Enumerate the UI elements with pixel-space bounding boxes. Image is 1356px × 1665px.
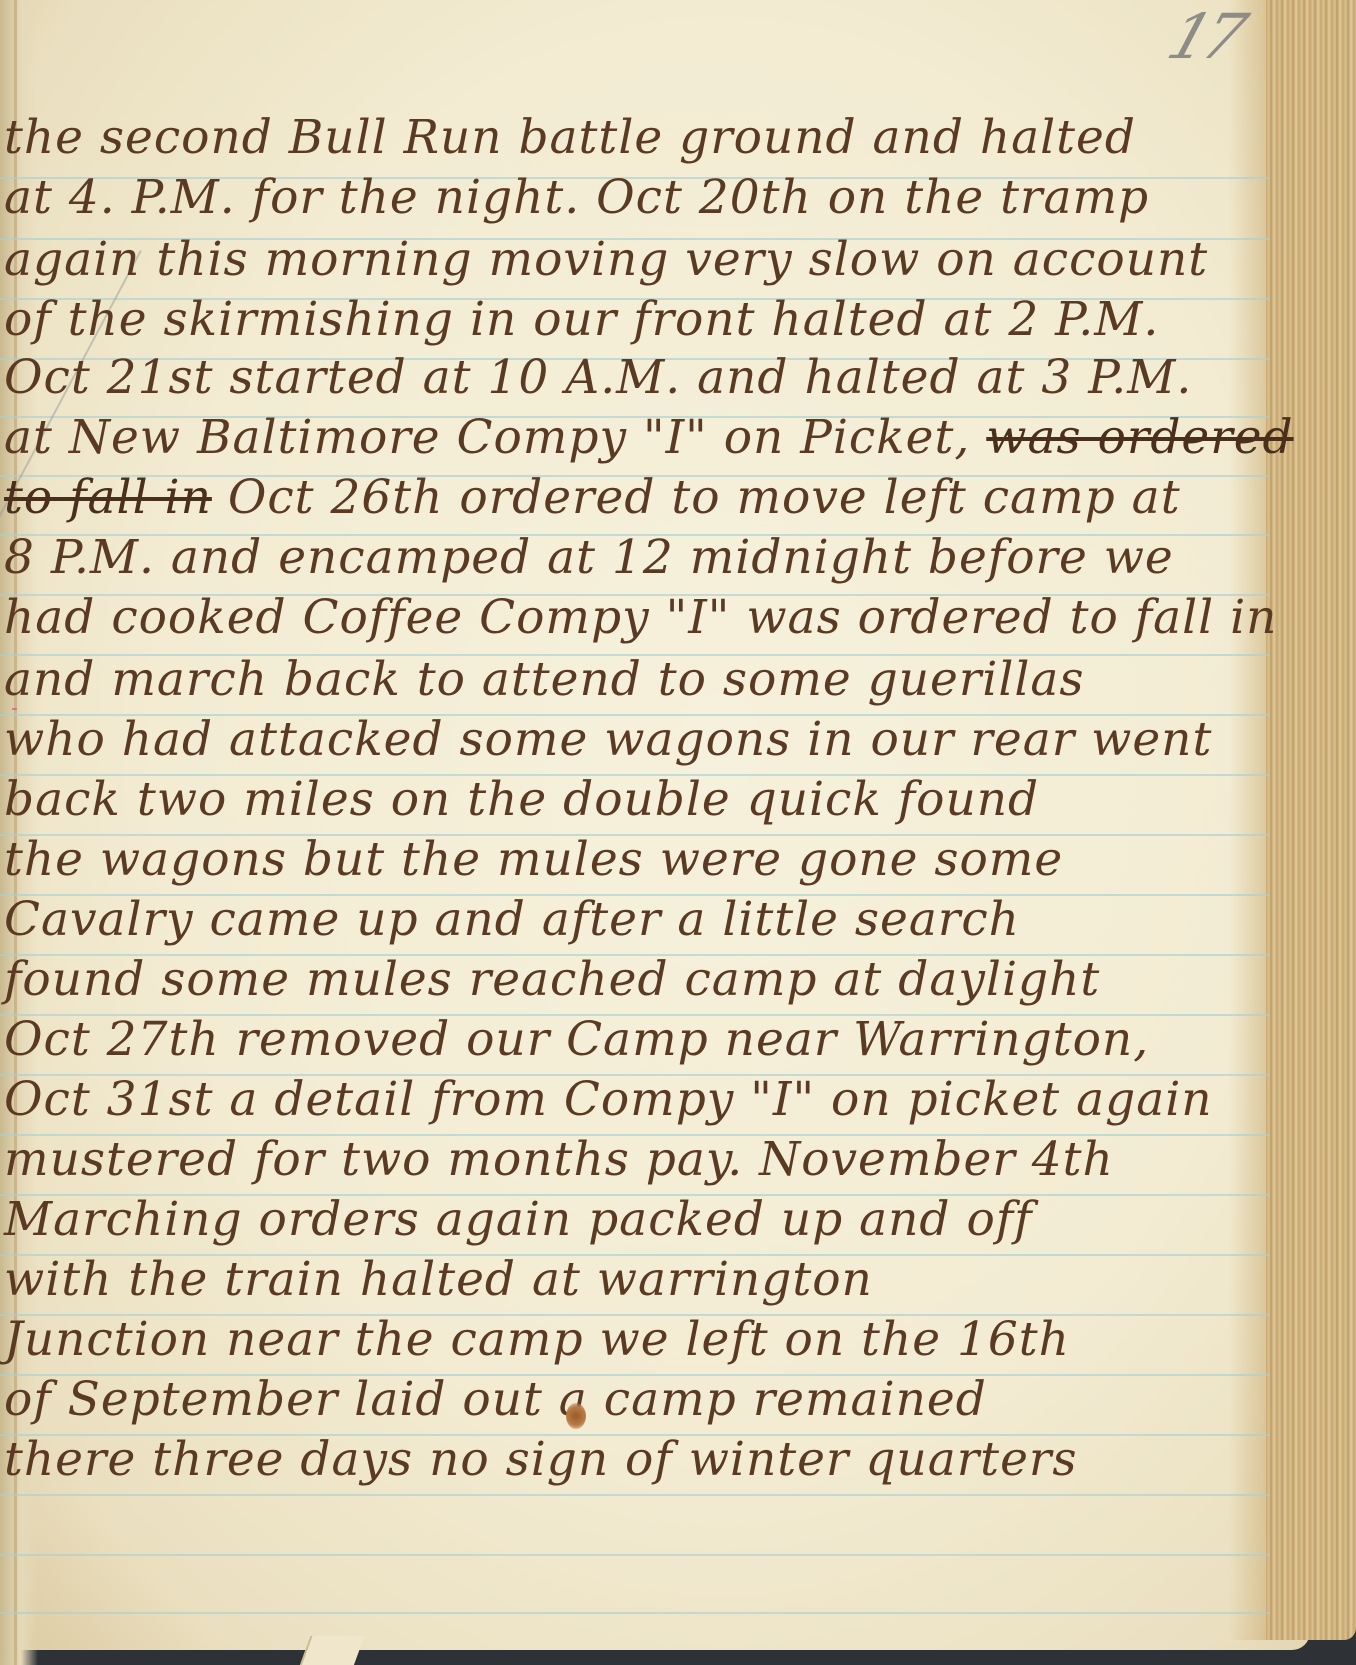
diary-line: back two miles on the double quick found — [4, 772, 1039, 827]
diary-line: Oct 21st started at 10 A.M. and halted a… — [4, 350, 1192, 405]
scanned-diary-page: 17 the second Bull Run battle ground and… — [0, 0, 1356, 1665]
ink-stain — [566, 1403, 586, 1429]
diary-text: Oct 26th ordered to move left camp at — [228, 470, 1181, 525]
ruled-line — [0, 1612, 1270, 1614]
diary-line: at New Baltimore Compy "I" on Picket, wa… — [4, 410, 1294, 465]
diary-line: who had attacked some wagons in our rear… — [4, 712, 1212, 767]
diary-line: Oct 31st a detail from Compy "I" on pick… — [4, 1072, 1213, 1127]
diary-line: of September laid out a camp remained — [4, 1372, 987, 1427]
diary-line: to fall in Oct 26th ordered to move left… — [4, 470, 1181, 525]
ruled-line — [0, 1554, 1270, 1556]
diary-line: and march back to attend to some guerill… — [4, 652, 1085, 707]
diary-line: of the skirmishing in our front halted a… — [4, 292, 1159, 347]
struck-text: was ordered — [986, 410, 1293, 465]
diary-line: again this morning moving very slow on a… — [4, 232, 1208, 287]
diary-line: Marching orders again packed up and off — [4, 1192, 1033, 1247]
diary-line: at 4. P.M. for the night. Oct 20th on th… — [4, 170, 1149, 225]
struck-text: to fall in — [4, 470, 212, 525]
diary-line: had cooked Coffee Compy "I" was ordered … — [4, 590, 1277, 645]
paper-tear — [300, 1636, 365, 1665]
diary-line: with the train halted at warrington — [4, 1252, 873, 1307]
diary-line: found some mules reached camp at dayligh… — [4, 952, 1100, 1007]
diary-line: Cavalry came up and after a little searc… — [4, 892, 1020, 947]
diary-line: the wagons but the mules were gone some — [4, 832, 1063, 887]
page-edge-shadow — [1228, 0, 1268, 1640]
diary-line: the second Bull Run battle ground and ha… — [4, 110, 1136, 165]
diary-line: Oct 27th removed our Camp near Warringto… — [4, 1012, 1149, 1067]
diary-line: mustered for two months pay. November 4t… — [4, 1132, 1114, 1187]
diary-line: there three days no sign of winter quart… — [4, 1432, 1077, 1487]
red-margin-mark — [12, 708, 17, 710]
page-stack-edge — [1266, 0, 1356, 1640]
diary-line: 8 P.M. and encamped at 12 midnight befor… — [4, 530, 1174, 585]
diary-text: at New Baltimore Compy "I" on Picket, — [4, 410, 970, 465]
ruled-line — [0, 1494, 1270, 1496]
diary-line: Junction near the camp we left on the 16… — [4, 1312, 1070, 1367]
